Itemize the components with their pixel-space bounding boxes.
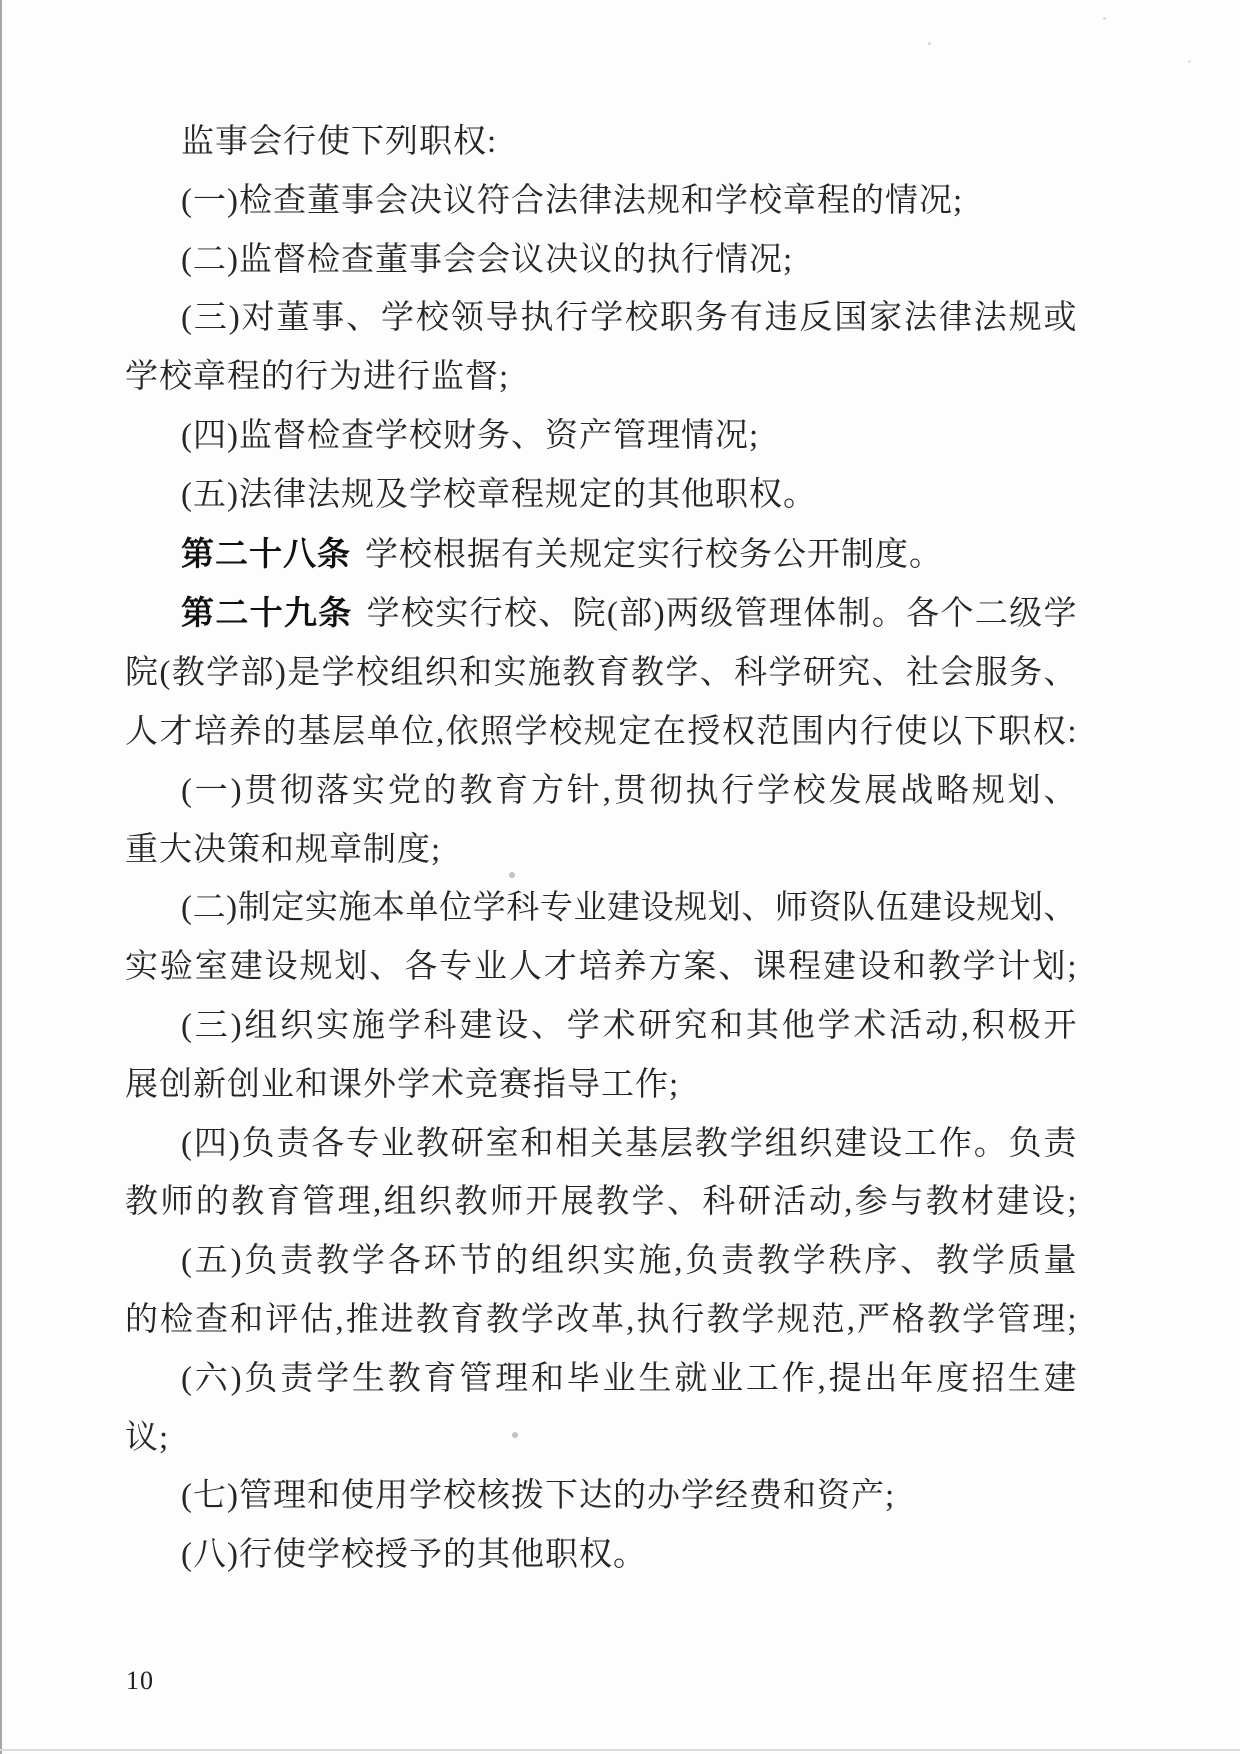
text-line: (六)负责学生教育管理和毕业生就业工作,提出年度招生建 — [125, 1350, 1075, 1409]
text-line: (三)组织实施学科建设、学术研究和其他学术活动,积极开 — [125, 997, 1075, 1056]
text-line: 展创新创业和课外学术竞赛指导工作; — [125, 1056, 1075, 1115]
page-number: 10 — [126, 1666, 154, 1696]
text-line: 教师的教育管理,组织教师开展教学、科研活动,参与教材建设; — [125, 1173, 1075, 1232]
document-page: 监事会行使下列职权:(一)检查董事会决议符合法律法规和学校章程的情况;(二)监督… — [0, 0, 1240, 1754]
text-line: (五)负责教学各环节的组织实施,负责教学秩序、教学质量 — [125, 1232, 1075, 1291]
text-line: 第二十八条学校根据有关规定实行校务公开制度。 — [125, 525, 1075, 585]
text-line: (五)法律法规及学校章程规定的其他职权。 — [125, 466, 1075, 525]
text-line: (三)对董事、学校领导执行学校职务有违反国家法律法规或 — [125, 289, 1075, 348]
text-line: 人才培养的基层单位,依照学校规定在授权范围内行使以下职权: — [125, 703, 1075, 762]
text-line: (一)贯彻落实党的教育方针,贯彻执行学校发展战略规划、 — [125, 762, 1075, 821]
text-line: (二)监督检查董事会会议决议的执行情况; — [125, 231, 1075, 290]
text-line: (一)检查董事会决议符合法律法规和学校章程的情况; — [125, 172, 1075, 231]
scan-edge-left — [0, 0, 2, 1754]
text-line: (八)行使学校授予的其他职权。 — [125, 1526, 1075, 1585]
text-line: (四)负责各专业教研室和相关基层教学组织建设工作。负责 — [125, 1115, 1075, 1174]
text-line: 监事会行使下列职权: — [125, 113, 1075, 172]
scan-speck — [1103, 17, 1106, 20]
document-body: 监事会行使下列职权:(一)检查董事会决议符合法律法规和学校章程的情况;(二)监督… — [125, 113, 1075, 1585]
text-line: 议; — [125, 1409, 1075, 1468]
scan-speck — [928, 42, 931, 45]
scan-speck — [509, 872, 515, 878]
text-line: 的检查和评估,推进教育教学改革,执行教学规范,严格教学管理; — [125, 1291, 1075, 1350]
scan-edge-bottom — [0, 1749, 1240, 1751]
text-line: 学校章程的行为进行监督; — [125, 348, 1075, 407]
scan-speck — [1188, 60, 1191, 63]
article-number: 第二十八条 — [181, 535, 351, 572]
scan-speck — [512, 1432, 518, 1438]
text-line: (二)制定实施本单位学科专业建设规划、师资队伍建设规划、 — [125, 879, 1075, 938]
text-line: (七)管理和使用学校核拨下达的办学经费和资产; — [125, 1467, 1075, 1526]
article-number: 第二十九条 — [181, 594, 353, 631]
text-line: 第二十九条学校实行校、院(部)两级管理体制。各个二级学 — [125, 584, 1075, 644]
text-line: 实验室建设规划、各专业人才培养方案、课程建设和教学计划; — [125, 938, 1075, 997]
text-line: (四)监督检查学校财务、资产管理情况; — [125, 407, 1075, 466]
text-line: 院(教学部)是学校组织和实施教育教学、科学研究、社会服务、 — [125, 644, 1075, 703]
text-line: 重大决策和规章制度; — [125, 821, 1075, 880]
